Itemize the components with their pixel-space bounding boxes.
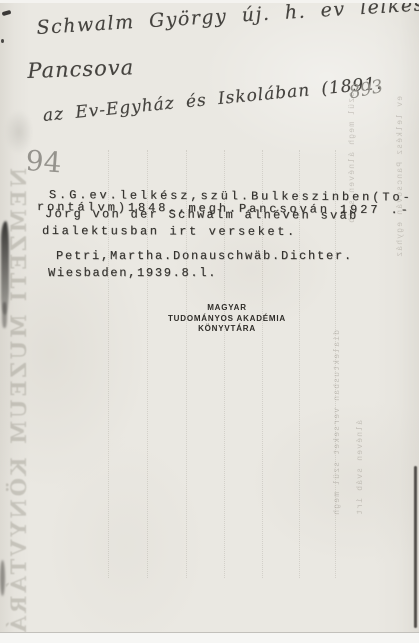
ink-mark-top-left bbox=[2, 10, 12, 16]
ink-dot-left bbox=[1, 39, 4, 43]
catalog-card-scan: NEMZETI MUZEUM KÖNYVTÁRÁBÓL szül megh ál… bbox=[0, 0, 419, 643]
pencil-smudge bbox=[5, 110, 33, 154]
bleedthrough-right-text-1: szül megh álnéven sváb bbox=[348, 92, 357, 267]
handwritten-name-line: Schwalm György új. h. ev lelkész bbox=[36, 0, 419, 39]
library-stamp: MAGYAR TUDOMÁNYOS AKADÉMIA KÖNYVTÁRA bbox=[164, 303, 290, 335]
scan-margin-bottom bbox=[0, 632, 419, 643]
scan-margin-top bbox=[0, 0, 419, 3]
stamp-line-2: TUDOMÁNYOS AKADÉMIA bbox=[164, 314, 290, 325]
bleedthrough-right-text-4: álnéven sváb irt bbox=[356, 420, 365, 575]
pencil-shelf-number: 94 bbox=[25, 144, 63, 179]
bleedthrough-left-stamp-text: NEMZETI MUZEUM KÖNYVTÁRÁBÓL bbox=[6, 168, 31, 578]
ink-smear-left-lower bbox=[0, 560, 5, 596]
handwritten-place-line: Pancsova bbox=[27, 55, 135, 83]
typewritten-line-2-lower-overstruck: Jörg von der Schwalm álnéven sváb bbox=[45, 207, 359, 223]
ink-smear-left-edge-tail bbox=[2, 302, 7, 328]
handwritten-source-line: az Ev-Egyház és Iskolában (1891. bbox=[42, 73, 383, 126]
page-edge-shadow-right bbox=[414, 466, 417, 628]
stamp-line-1: MAGYAR bbox=[164, 303, 290, 314]
typewritten-reference-line-1: Petri,Martha.Donauschwäb.Dichter. bbox=[56, 249, 353, 263]
typewritten-line-3: dialektusban irt verseket. bbox=[42, 224, 297, 239]
stamp-line-3: KÖNYVTÁRA bbox=[164, 324, 290, 335]
ink-smear-left-edge bbox=[1, 221, 9, 315]
typewritten-reference-line-2: Wiesbaden,1939.8.l. bbox=[48, 266, 217, 280]
